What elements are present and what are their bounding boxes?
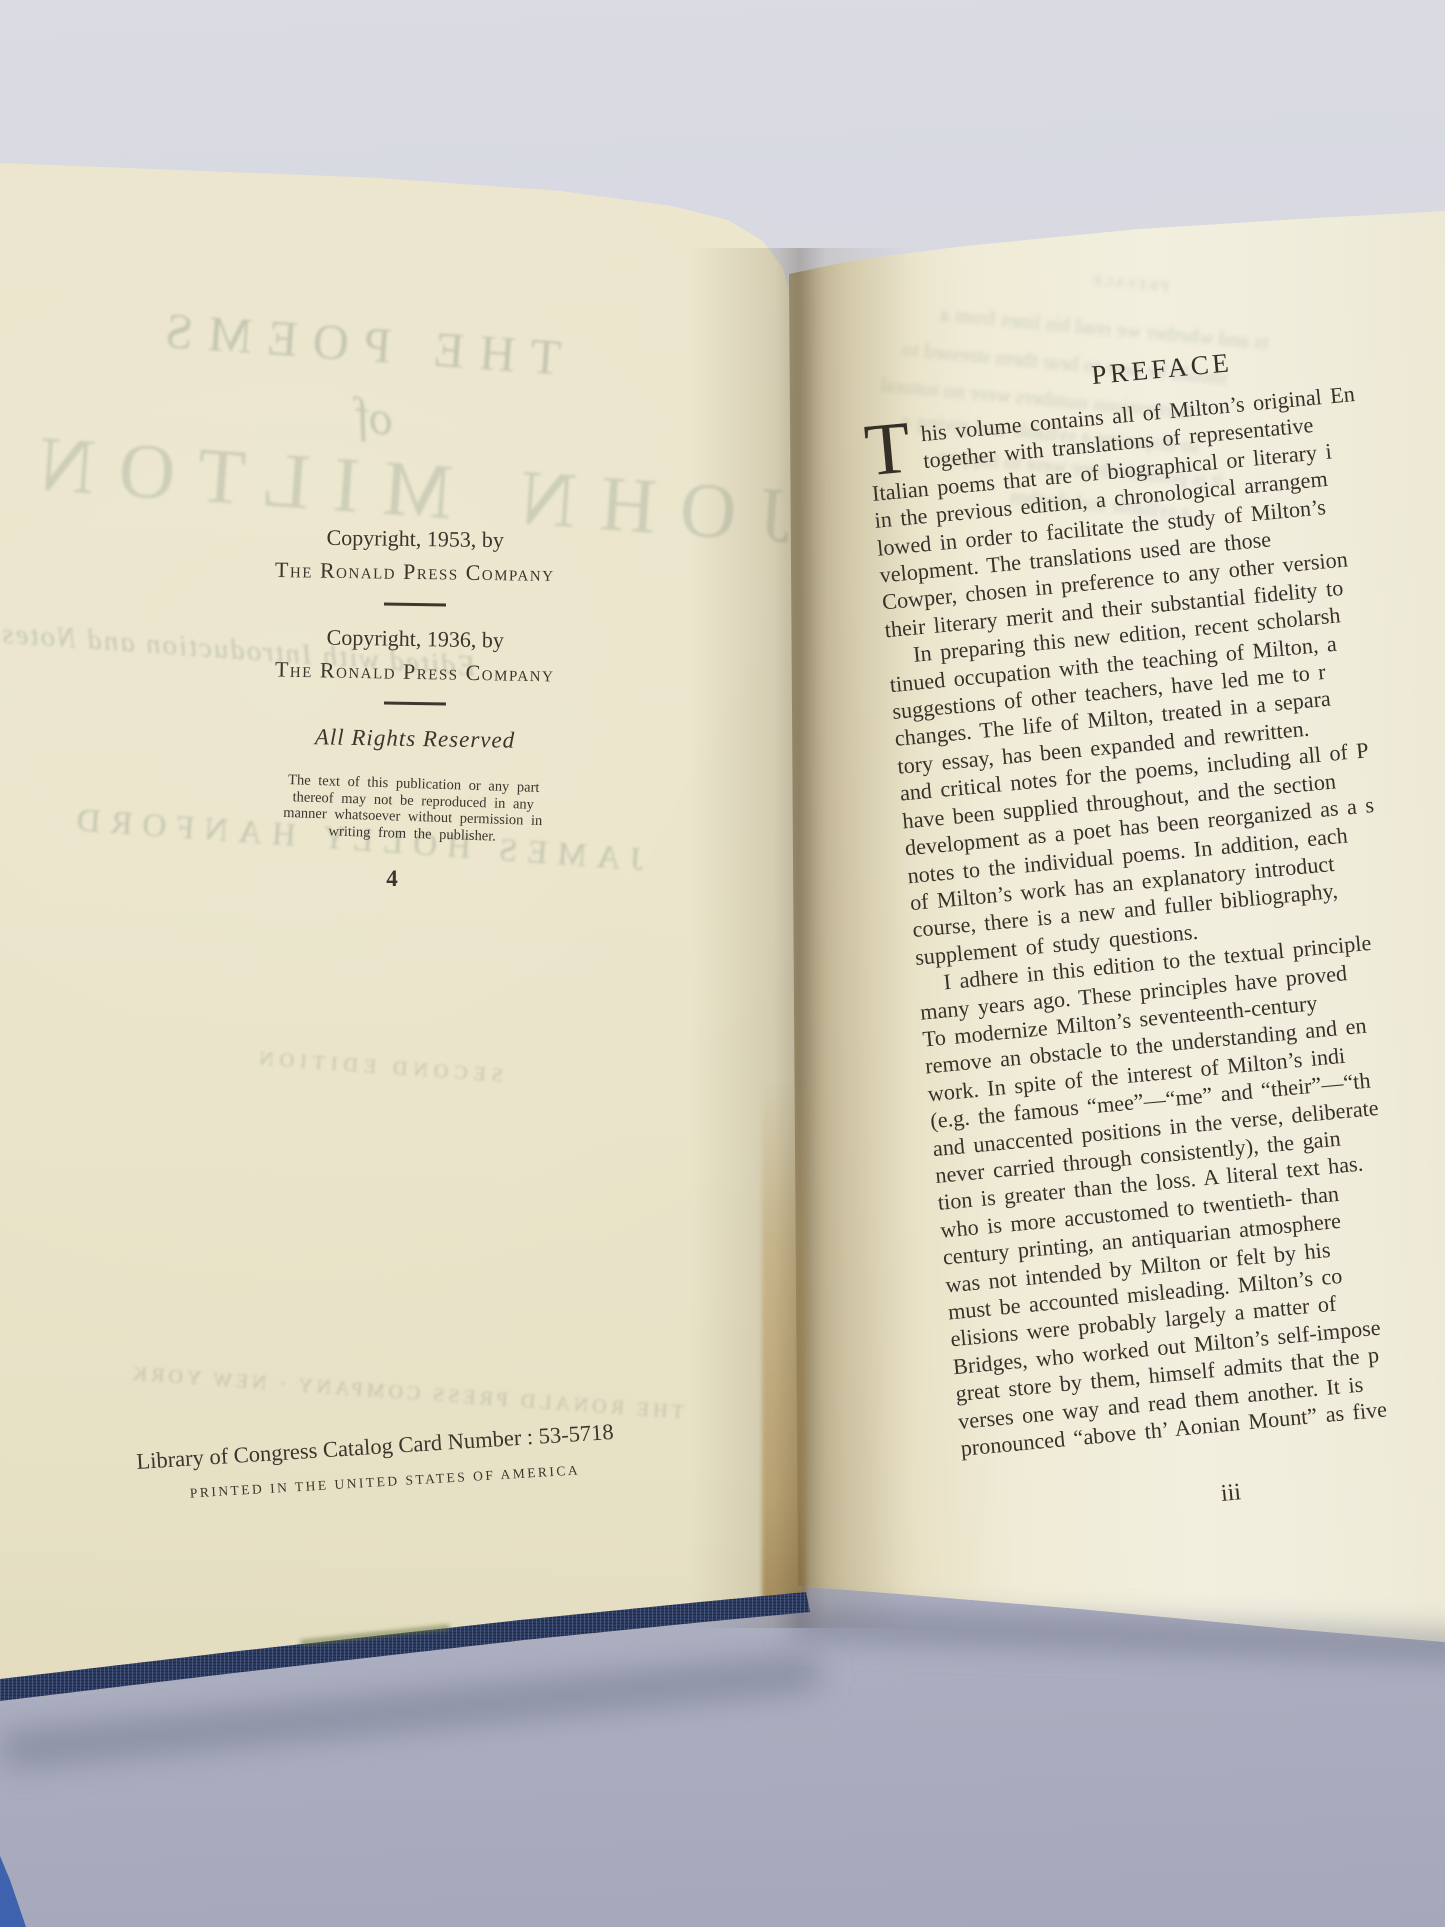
- book-photo: THE POEMSofJOHN MILTONEdited with Introd…: [0, 0, 1445, 1927]
- preface-body: his volume contains all of Milton’s orig…: [866, 380, 1445, 1462]
- ghost-line: SECOND EDITION: [253, 1047, 504, 1087]
- edition-number: 4: [362, 866, 422, 892]
- ghost-line: THE RONALD PRESS COMPANY · NEW YORK: [128, 1363, 685, 1425]
- divider-rule: [384, 602, 446, 606]
- all-rights-reserved: All Rights Reserved: [165, 722, 665, 757]
- page-edges-tan-strip: [762, 1080, 806, 1602]
- ghost-line: PREFACE: [1089, 273, 1169, 297]
- ghost-line: THE POEMS: [148, 300, 562, 387]
- copyright-1936-block: Copyright, 1936, by The Ronald Press Com…: [154, 617, 675, 692]
- ghost-line: of: [352, 388, 397, 448]
- copyright-1953-block: Copyright, 1953, by The Ronald Press Com…: [155, 518, 676, 591]
- page-number: iii: [941, 1453, 1445, 1533]
- reproduction-notice: The text of this publication or any part…: [217, 770, 609, 849]
- divider-rule: [384, 701, 446, 705]
- publisher-line: The Ronald Press Company: [155, 551, 675, 591]
